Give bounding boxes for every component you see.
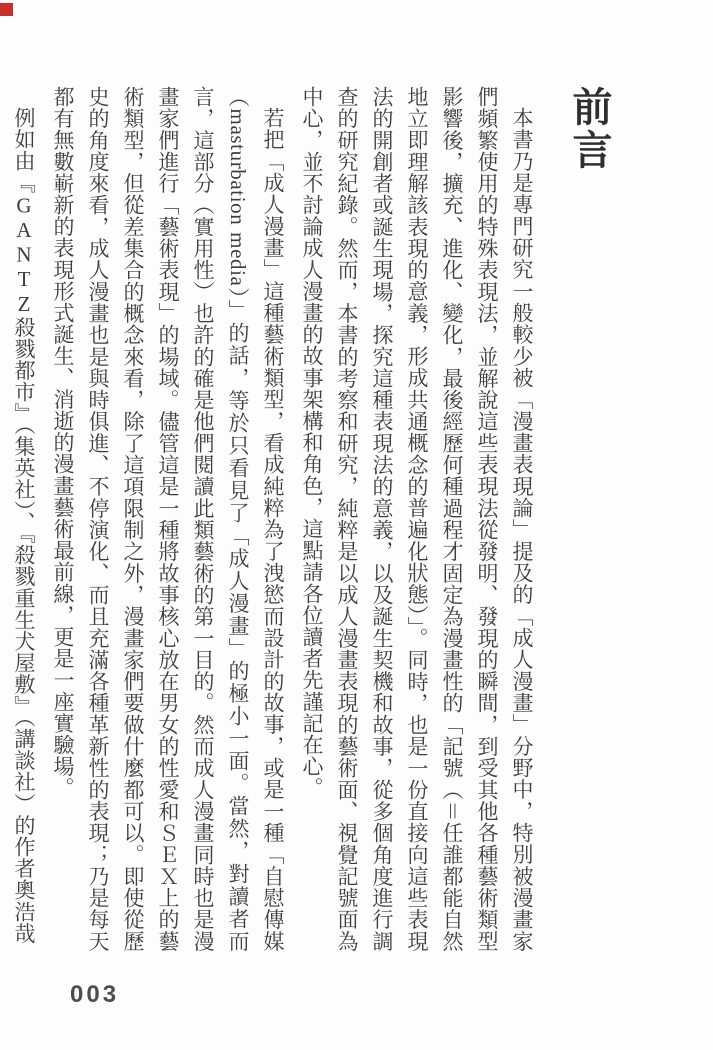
paragraph-3-text-lead: 例如由『 — [12, 107, 36, 193]
page-number: 003 — [70, 981, 119, 1009]
paragraph-2: 若把「成人漫畫」這種藝術類型，看成純粹為了洩慾而設計的故事，或是一種「自慰傳媒（… — [45, 86, 290, 952]
red-bookmark-tab — [0, 3, 13, 16]
body-text: 本書乃是專門研究一般較少被「漫畫表現論」提及的「成人漫畫」分野中，特別被漫畫家們… — [6, 86, 539, 952]
page-content: 前言 本書乃是專門研究一般較少被「漫畫表現論」提及的「成人漫畫」分野中，特別被漫… — [6, 86, 641, 952]
paragraph-2-text: 若把「成人漫畫」這種藝術類型，看成純粹為了洩慾而設計的故事，或是一種「自慰傳媒（… — [51, 86, 285, 952]
page-title: 前言 — [567, 86, 611, 952]
paragraph-3-latin-title: GANTZ — [12, 193, 36, 316]
paragraph-1-text: 本書乃是專門研究一般較少被「漫畫表現論」提及的「成人漫畫」分野中，特別被漫畫家們… — [300, 86, 534, 952]
book-page: 前言 本書乃是專門研究一般較少被「漫畫表現論」提及的「成人漫畫」分野中，特別被漫… — [0, 0, 713, 1050]
paragraph-3-text-tail: 殺戮都市』（集英社）、『殺戮重生犬屋敷』（講談社）的作者奧浩哉 — [12, 316, 36, 944]
paragraph-1: 本書乃是專門研究一般較少被「漫畫表現論」提及的「成人漫畫」分野中，特別被漫畫家們… — [294, 86, 539, 952]
paragraph-3: 例如由『GANTZ殺戮都市』（集英社）、『殺戮重生犬屋敷』（講談社）的作者奧浩哉 — [6, 86, 41, 952]
